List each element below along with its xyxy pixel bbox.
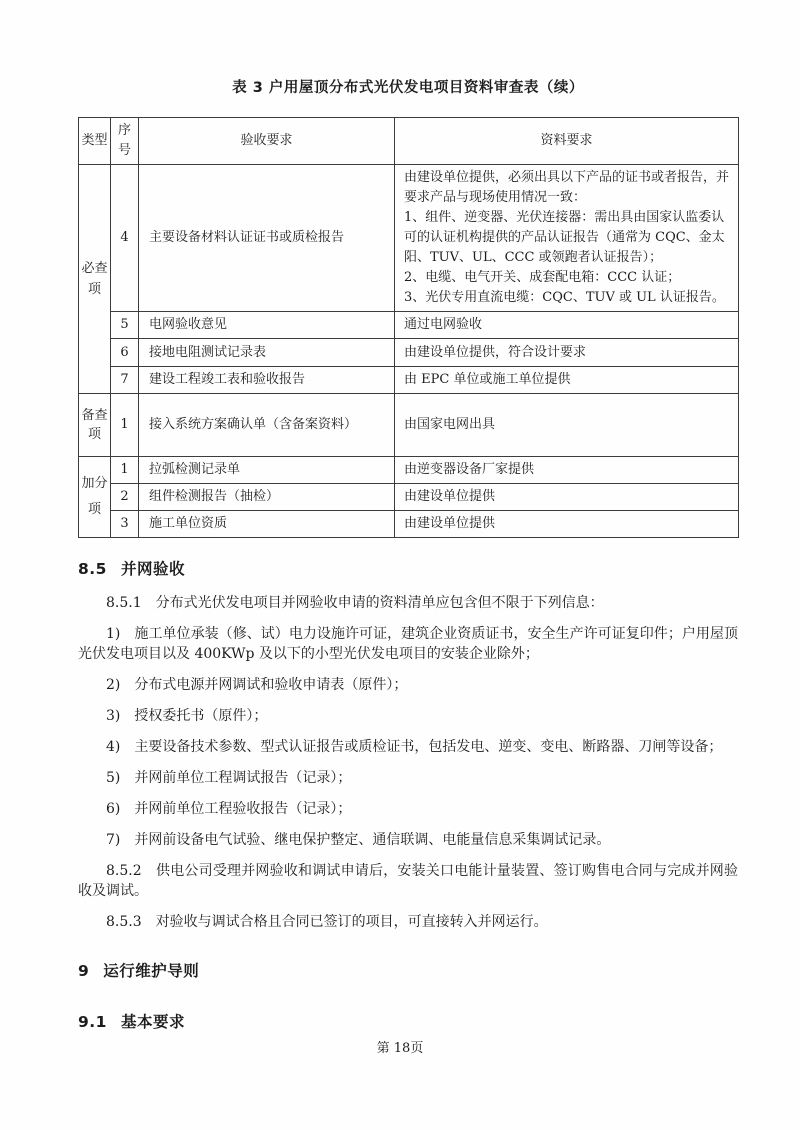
- material-cell: 通过电网验收: [395, 312, 739, 339]
- no-cell: 6: [111, 339, 139, 367]
- table-row: 5 电网验收意见 通过电网验收: [79, 312, 739, 339]
- type-cell-bonus: 加分项: [79, 457, 111, 538]
- table-row: 3 施工单位资质 由建设单位提供: [79, 511, 739, 538]
- col-header-type: 类型: [79, 118, 111, 165]
- paragraph-8-5-3: 8.5.3 对验收与调试合格且合同已签订的项目，可直接转入并网运行。: [78, 912, 738, 932]
- no-cell: 1: [111, 457, 139, 484]
- review-table: 类型 序号 验收要求 资料要求 必查项 4 主要设备材料认证证书或质检报告 由建…: [78, 117, 739, 538]
- material-cell: 由逆变器设备厂家提供: [395, 457, 739, 484]
- requirement-cell: 接入系统方案确认单（含备案资料）: [139, 394, 395, 457]
- table-row: 7 建设工程竣工表和验收报告 由 EPC 单位或施工单位提供: [79, 367, 739, 394]
- no-cell: 3: [111, 511, 139, 538]
- list-item-7: 7) 并网前设备电气试验、继电保护整定、通信联调、电能量信息采集调试记录。: [78, 830, 738, 850]
- section-title: 基本要求: [121, 1013, 185, 1031]
- requirement-cell: 接地电阻测试记录表: [139, 339, 395, 367]
- section-number: 9.1: [78, 1013, 107, 1031]
- table-header-row: 类型 序号 验收要求 资料要求: [79, 118, 739, 165]
- section-number: 9: [78, 962, 89, 980]
- requirement-cell: 拉弧检测记录单: [139, 457, 395, 484]
- material-cell: 由建设单位提供，符合设计要求: [395, 339, 739, 367]
- paragraph-8-5-2: 8.5.2 供电公司受理并网验收和调试申请后，安装关口电能计量装置、签订购售电合…: [78, 861, 738, 901]
- type-cell-reference: 备查项: [79, 394, 111, 457]
- table-row: 2 组件检测报告（抽检） 由建设单位提供: [79, 484, 739, 511]
- page-number: 第 18页: [0, 1037, 800, 1056]
- no-cell: 2: [111, 484, 139, 511]
- material-cell: 由 EPC 单位或施工单位提供: [395, 367, 739, 394]
- list-item-3: 3) 授权委托书（原件）；: [78, 706, 738, 726]
- no-cell: 1: [111, 394, 139, 457]
- list-item-5: 5) 并网前单位工程调试报告（记录）；: [78, 768, 738, 788]
- list-item-4: 4) 主要设备技术参数、型式认证报告或质检证书，包括发电、逆变、变电、断路器、刀…: [78, 737, 738, 757]
- section-heading-9: 9运行维护导则: [78, 959, 738, 981]
- material-cell: 由国家电网出具: [395, 394, 739, 457]
- col-header-requirement: 验收要求: [139, 118, 395, 165]
- table-row: 加分项 1 拉弧检测记录单 由逆变器设备厂家提供: [79, 457, 739, 484]
- no-cell: 5: [111, 312, 139, 339]
- section-number: 8.5: [78, 560, 107, 578]
- section-heading-8-5: 8.5并网验收: [78, 557, 738, 579]
- requirement-cell: 主要设备材料认证证书或质检报告: [139, 165, 395, 312]
- section-heading-9-1: 9.1基本要求: [78, 1010, 738, 1032]
- document-page: 表 3 户用屋顶分布式光伏发电项目资料审查表（续） 类型 序号 验收要求 资料要…: [0, 0, 800, 1130]
- no-cell: 4: [111, 165, 139, 312]
- section-title: 运行维护导则: [103, 962, 199, 980]
- paragraph-8-5-1: 8.5.1 分布式光伏发电项目并网验收申请的资料清单应包含但不限于下列信息：: [78, 593, 738, 613]
- col-header-material: 资料要求: [395, 118, 739, 165]
- material-cell: 由建设单位提供: [395, 484, 739, 511]
- no-cell: 7: [111, 367, 139, 394]
- material-cell: 由建设单位提供，必须出具以下产品的证书或者报告，并要求产品与现场使用情况一致： …: [395, 165, 739, 312]
- list-item-1: 1) 施工单位承装（修、试）电力设施许可证，建筑企业资质证书，安全生产许可证复印…: [78, 624, 738, 664]
- type-cell-must-check: 必查项: [79, 165, 111, 394]
- list-item-6: 6) 并网前单位工程验收报告（记录）；: [78, 799, 738, 819]
- requirement-cell: 组件检测报告（抽检）: [139, 484, 395, 511]
- requirement-cell: 施工单位资质: [139, 511, 395, 538]
- table-row: 备查项 1 接入系统方案确认单（含备案资料） 由国家电网出具: [79, 394, 739, 457]
- page-content: 表 3 户用屋顶分布式光伏发电项目资料审查表（续） 类型 序号 验收要求 资料要…: [0, 0, 800, 1032]
- col-header-no: 序号: [111, 118, 139, 165]
- table-row: 必查项 4 主要设备材料认证证书或质检报告 由建设单位提供，必须出具以下产品的证…: [79, 165, 739, 312]
- table-row: 6 接地电阻测试记录表 由建设单位提供，符合设计要求: [79, 339, 739, 367]
- requirement-cell: 建设工程竣工表和验收报告: [139, 367, 395, 394]
- material-cell: 由建设单位提供: [395, 511, 739, 538]
- requirement-cell: 电网验收意见: [139, 312, 395, 339]
- table-title: 表 3 户用屋顶分布式光伏发电项目资料审查表（续）: [78, 76, 738, 97]
- list-item-2: 2) 分布式电源并网调试和验收申请表（原件）；: [78, 675, 738, 695]
- section-title: 并网验收: [121, 560, 185, 578]
